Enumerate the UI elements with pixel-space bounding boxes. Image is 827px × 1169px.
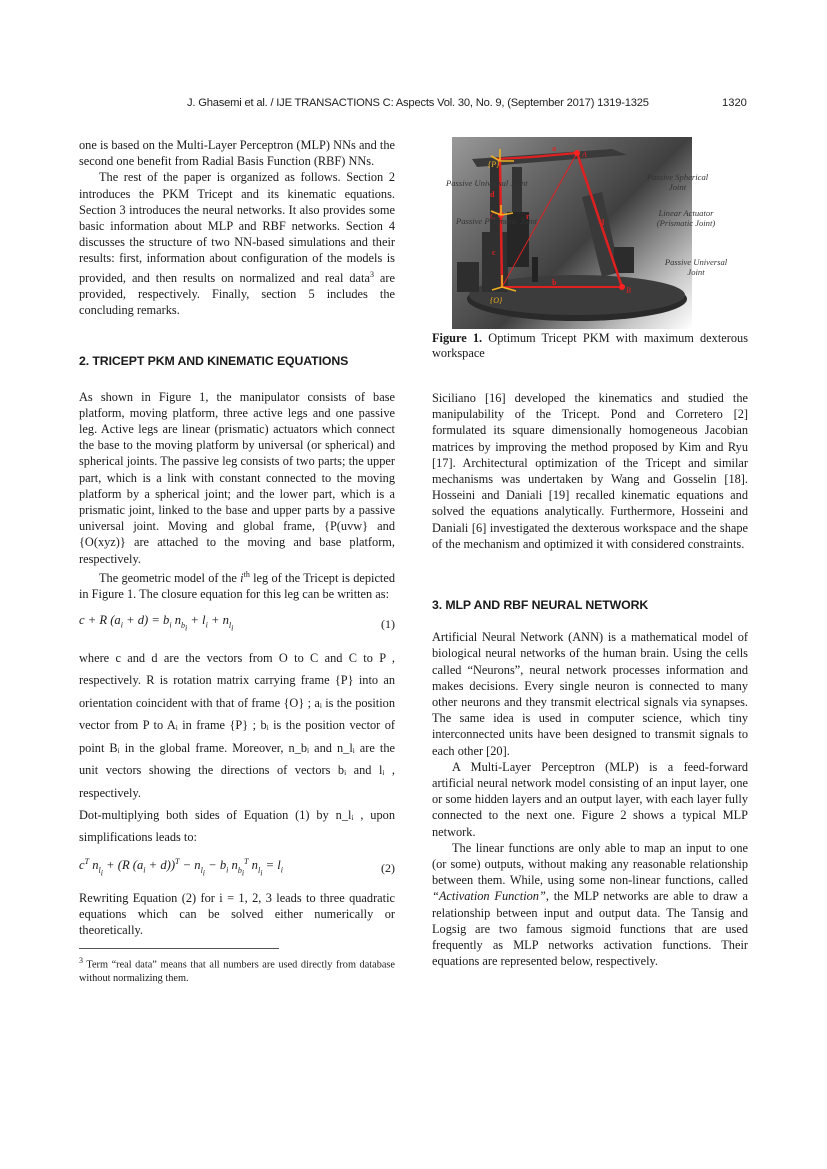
svg-text:b: b [552,278,557,287]
s2p2-text: The geometric model of the [99,571,240,585]
label-linear-actuator: Linear Actuator (Prismatic Joint) [652,208,720,228]
left-column: one is based on the Multi-Layer Perceptr… [79,137,395,985]
svg-text:d: d [490,190,495,199]
label-passive-universal-joint-top: Passive Universal Joint [446,178,528,188]
section-3-paragraph-3: The linear functions are only able to ma… [432,840,748,970]
svg-text:A: A [581,150,587,159]
tricept-robot-illustration: {P} {O} A B C d c r l b a [452,137,692,329]
section-2-paragraph-5: Rewriting Equation (2) for i = 1, 2, 3 l… [79,890,395,939]
figure-1-image: {P} {O} A B C d c r l b a [452,137,692,329]
svg-text:c: c [492,248,496,257]
section-3-heading: 3. MLP AND RBF NEURAL NETWORK [432,597,748,613]
intro-paragraph-2: The rest of the paper is organized as fo… [79,169,395,318]
intro-paragraph-1: one is based on the Multi-Layer Perceptr… [79,137,395,169]
frame-p-label: {P} [488,160,500,169]
section-2-heading: 2. TRICEPT PKM AND KINEMATIC EQUATIONS [79,353,395,369]
intro-p2-text: The rest of the paper is organized as fo… [79,170,395,284]
section-2-paragraph-4: Dot-multiplying both sides of Equation (… [79,804,395,848]
s3p3-text: The linear functions are only able to ma… [432,841,748,887]
section-3-paragraph-2: A Multi-Layer Perceptron (MLP) is a feed… [432,759,748,840]
section-2-paragraph-1: As shown in Figure 1, the manipulator co… [79,389,395,567]
equation-1-body: c + R (ai + d) = bi nbi + li + nli [79,612,233,636]
page-number: 1320 [722,97,747,109]
footnote-text: Term “real data” means that all numbers … [79,960,395,984]
footnote-3: 3 Term “real data” means that all number… [79,954,395,984]
running-header: J. Ghasemi et al. / IJE TRANSACTIONS C: … [0,97,827,113]
right-paragraph-1: Siciliano [16] developed the kinematics … [432,390,748,552]
label-passive-prismatic-joint: Passive Prismatic Joint [456,216,537,226]
section-3-paragraph-1: Artificial Neural Network (ANN) is a mat… [432,629,748,759]
equation-2: cT nli + (R (ai + d))T − nli − bi nbiT n… [79,854,395,882]
equation-1: c + R (ai + d) = bi nbi + li + nli (1) [79,612,395,636]
label-passive-spherical-joint: Passive Spherical Joint [640,172,715,192]
section-2-paragraph-2: The geometric model of the ith leg of th… [79,567,395,603]
label-passive-universal-joint-bottom: Passive Universal Joint [656,257,736,277]
equation-2-number: (2) [381,860,395,876]
activation-function-term: “Activation Function” [432,889,546,903]
frame-o-label: {O} [490,296,503,305]
right-column: Siciliano [16] developed the kinematics … [432,390,748,970]
equation-1-number: (1) [381,616,395,632]
equation-2-body: cT nli + (R (ai + d))T − nli − bi nbiT n… [79,854,283,882]
figure-1-caption: Figure 1. Optimum Tricept PKM with maxim… [432,331,748,361]
svg-text:a: a [552,144,556,153]
svg-text:B: B [626,286,631,295]
footnote-divider [79,948,279,949]
caption-label: Figure 1. [432,331,482,345]
header-citation: J. Ghasemi et al. / IJE TRANSACTIONS C: … [187,97,649,109]
section-2-paragraph-3: where c and d are the vectors from O to … [79,647,395,805]
